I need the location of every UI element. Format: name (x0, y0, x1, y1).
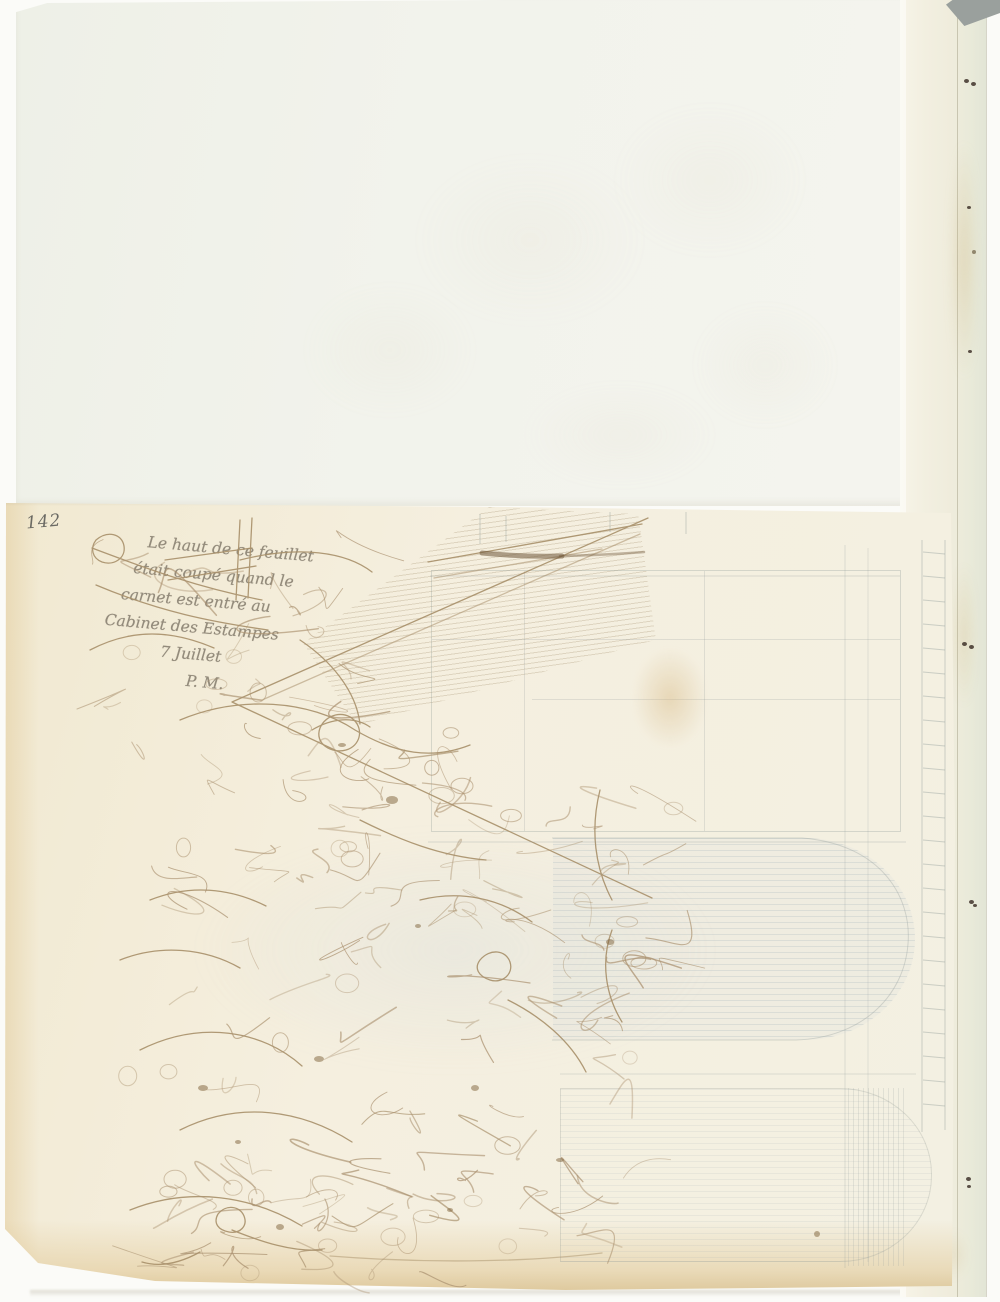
page-left-toning (5, 500, 39, 1292)
stitch-mark (973, 904, 977, 907)
overlapping-blank-sheet (16, 0, 908, 506)
pencil-vertical-hatch (848, 1088, 908, 1266)
stitch-mark (971, 82, 976, 86)
pencil-line (524, 571, 525, 831)
pencil-line (532, 699, 900, 700)
stitch-mark (969, 645, 974, 649)
show-through-blot (520, 380, 720, 490)
show-through-blot (610, 100, 810, 260)
folio-number: 142 (25, 510, 62, 533)
stitch-mark (967, 1185, 971, 1188)
inscription: Le haut de ce feuillet était coupé quand… (99, 526, 315, 705)
foxing-stain (633, 648, 707, 748)
stitch-mark (962, 642, 967, 646)
fore-edge-stain (950, 140, 978, 380)
sketchbook-scan: 142 Le haut de ce feuillet était coupé q… (0, 0, 1000, 1302)
show-through-blot (300, 280, 480, 420)
page-drop-shadow (30, 1290, 940, 1297)
stitch-mark (964, 79, 969, 83)
sketchbook-page: 142 Le haut de ce feuillet était coupé q… (5, 500, 960, 1292)
pencil-arch-hatched (553, 838, 915, 1040)
fore-edge-stain (952, 560, 976, 710)
fore-edge-speck (972, 250, 976, 254)
show-through-blot (690, 300, 840, 430)
stitch-mark (966, 1177, 971, 1181)
stitch-mark (967, 206, 971, 209)
stitch-mark (968, 350, 972, 353)
pencil-line (432, 639, 900, 640)
